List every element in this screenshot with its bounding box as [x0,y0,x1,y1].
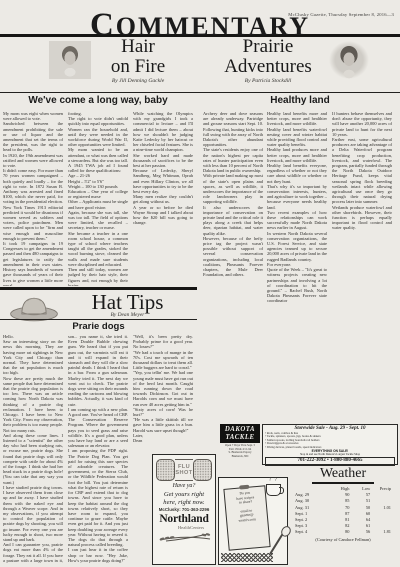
article-text-column: If hunters behave themselves and don't a… [332,111,392,406]
tackle-sale-panel: Storewide Sale - Aug. 29 - Sept. 10 • Ro… [262,424,398,465]
article-text-column: My mom was eight when women were allowed… [3,111,63,286]
spoon-icon [269,531,285,554]
page-title: Commentary [0,13,400,39]
dakota-tackle-ad: DAKOTA TACKLE Open 7 Days Thru Sept. 5 E… [220,424,398,465]
column-title: Adventures [212,57,324,77]
article-headline-right: Healthy land [202,95,398,107]
logo-line: TACKLE [220,434,260,442]
article-text-column: "Well, it's been pretty dry. Probably pr… [133,334,193,450]
weather-box: Weather High Low Precip Aug. 299057 Aug.… [288,464,398,567]
column-title: on Fire [92,57,184,77]
article-text-column: son... you name it, she tried it. Even D… [68,334,128,564]
article-text-column: Archery deer and dove seasons are alread… [203,111,263,423]
weather-table: High Low Precip Aug. 299057 Aug. 308551 … [295,486,391,536]
column-head-hair-on-fire: Hair on Fire By Jill Denning Gackle [92,37,184,85]
tackle-address: Open 7 Days Thru Sept. 5 Exit 159 & Jct … [220,444,260,458]
logo-line: DAKOTA [220,426,260,434]
hat-tips-headline-rule [0,319,197,320]
sale-tagline: Stop in and see North Dakota's Largest T… [265,453,395,457]
column-title: Hair [92,37,184,57]
bandaid-icon: FLU SHOT [156,459,212,481]
weather-title: Weather [312,466,374,484]
recipe-clipboard: Do you have recipes to share? email to g… [223,485,270,550]
clipboard-clip-icon [239,485,249,490]
shot-text: SHOT [175,470,193,476]
article-text-column: Hello. Saw an interesting story on the n… [3,334,63,564]
article-text-column: While watching the Olympics with my gran… [133,111,193,286]
table-hatching [221,553,273,562]
author-photo-patricia [327,40,371,80]
hat-tips-headline: Prarie dogs [2,321,195,332]
weather-courtesy: (Courtesy of Candace Fellman) [301,537,385,542]
steam-marks: ? ? [269,478,278,483]
recipe-ad: Do you have recipes to share? email to g… [218,477,288,565]
author-photo-jill [49,41,91,79]
bandaid-pad [193,459,212,481]
article-text-column: footing. The right to vote didn't unfold… [68,111,128,286]
byline: By Patricia Stockdill [212,77,324,85]
coffee-cup-icon: ? ? [266,484,281,496]
flu-ad-cta: Get yours right here, right now. [153,490,215,506]
headline-rule [0,92,400,93]
flu-ad-tagline: Have ya? [153,482,215,490]
dakota-tackle-logo: DAKOTA TACKLE [220,424,260,443]
column-title: Prairie [212,37,324,57]
column-head-prairie-adventures: Prairie Adventures By Patricia Stockdill [212,37,324,85]
article-headline-left: We've come a long way, baby [2,95,194,107]
weather-row: Sept. 480561.81 [295,529,391,535]
newspaper-page: McClusky Gazette, Thursday September 8, … [0,0,400,567]
bandaid-pad [156,459,175,481]
byline: By Jill Denning Gackle [92,77,184,85]
flu-shot-ad: FLU SHOT Have ya? Get yours right here, … [152,454,216,565]
wheat-icon [153,530,215,548]
article-text-column: Healthy land benefits more and better cr… [267,111,327,423]
hat-tips-byline: By Dean Meyer [60,312,195,318]
northland-logo: Northland [153,514,215,525]
